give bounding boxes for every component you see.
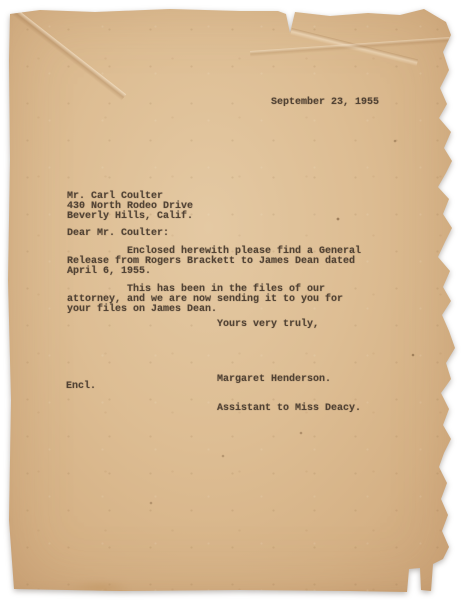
- letter-date: September 23, 1955: [271, 98, 379, 108]
- letter-paper: September 23, 1955 Mr. Carl Coulter 430 …: [0, 0, 464, 600]
- paper-stain-bottom-left: [70, 580, 130, 596]
- closing-line: Yours very truly,: [217, 320, 319, 330]
- signature-name: Margaret Henderson.: [217, 375, 361, 385]
- paper-crease-top-center: [290, 28, 418, 66]
- body-paragraph-1: Enclosed herewith please find a General …: [67, 247, 361, 276]
- paper-shadow-wrapper: September 23, 1955 Mr. Carl Coulter 430 …: [0, 0, 464, 600]
- enclosure-notation: Encl.: [66, 382, 96, 392]
- paper-crease-top-right: [250, 37, 450, 57]
- paper-crease-top-left: [3, 2, 126, 101]
- recipient-address-block: Mr. Carl Coulter 430 North Rodeo Drive B…: [67, 192, 193, 221]
- body-paragraph-2: This has been in the files of our attorn…: [67, 285, 343, 314]
- salutation-line: Dear Mr. Coulter:: [67, 229, 169, 239]
- signature-block: Margaret Henderson. Assistant to Miss De…: [217, 355, 361, 433]
- scanned-letter-page: September 23, 1955 Mr. Carl Coulter 430 …: [0, 0, 464, 600]
- paper-speckles: [0, 0, 2, 2]
- signature-title: Assistant to Miss Deacy.: [217, 404, 361, 414]
